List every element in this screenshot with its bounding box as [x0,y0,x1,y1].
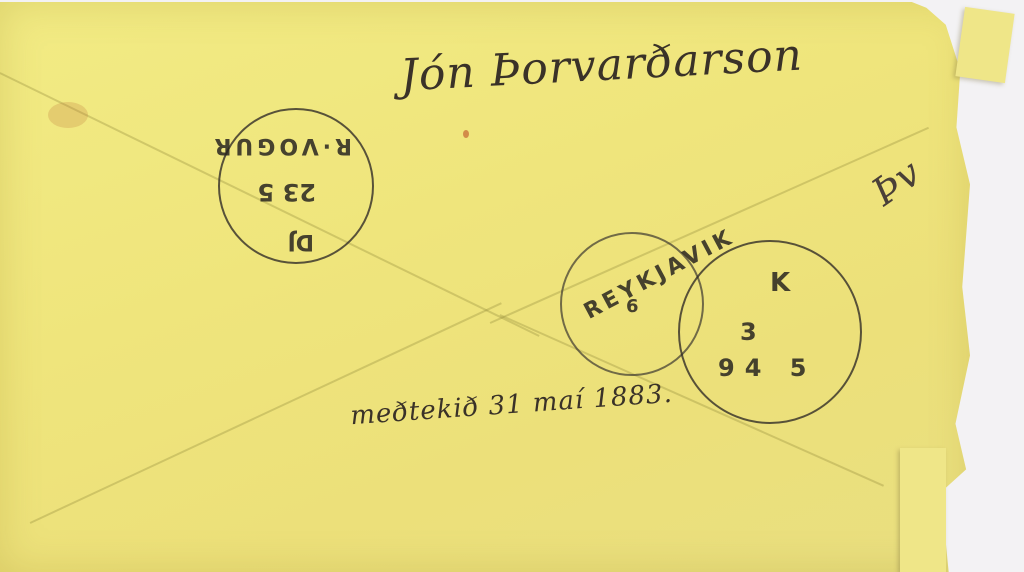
postmark-year: 94 5 [718,354,816,382]
postmark-top-text: K [770,268,790,298]
stain [48,102,88,128]
postmark-date: 3 [740,318,773,346]
torn-flap-bottom [900,448,946,572]
postmark-place: R·VOGUR [210,133,352,158]
k-postmark: K 3 94 5 [678,240,862,424]
postmark-top-text: DJ [288,229,314,254]
torn-flap-top [955,7,1014,83]
postmark-date: 6 [626,296,639,317]
stain [463,130,469,138]
postmark-date: 23 5 [258,178,316,206]
left-postmark: DJ 23 5 R·VOGUR [218,108,374,264]
